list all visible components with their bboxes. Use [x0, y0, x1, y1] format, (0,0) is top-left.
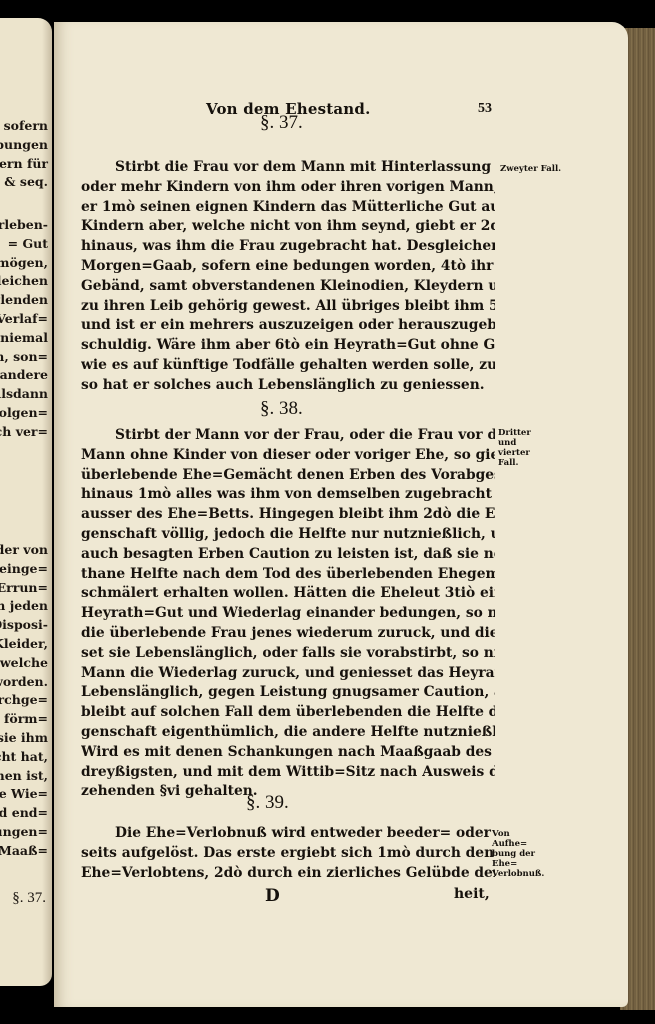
text-line: Lebenslänglich, gegen Leistung gnugsamer…: [81, 683, 495, 703]
section-heading-38: §. 38.: [260, 398, 303, 420]
left-page-fragments-1: , sofern bungen ern für . & seq.: [0, 117, 48, 192]
marginal-note-39: Von Aufhe= bung der Ehe= Verlobnuß.: [492, 829, 546, 879]
text-line: er 1mò seinen eignen Kindern das Mütterl…: [81, 198, 495, 218]
text-line: überlebende Ehe=Gemächt denen Erben des …: [81, 466, 495, 486]
left-fragment: Maaß=: [0, 842, 48, 861]
text-line: thane Helfte nach dem Tod des überlebend…: [81, 565, 495, 585]
left-fragment: nn förm=: [0, 710, 48, 729]
text-line: Ehe=Verlobtens, 2dò durch ein zierliches…: [81, 864, 495, 884]
text-line: und ist er ein mehrers auszuzeigen oder …: [81, 316, 495, 336]
left-page-catchword: §. 37.: [12, 890, 46, 907]
text-line: dreyßigsten, und mit dem Wittib=Sitz nac…: [81, 763, 495, 783]
left-fragment: sehen ist,: [0, 767, 48, 786]
left-fragment: . & seq.: [0, 173, 48, 192]
text-line: Kindern aber, welche nicht von ihm seynd…: [81, 217, 495, 237]
left-fragment: und end=: [0, 804, 48, 823]
left-fragment: acht hat,: [0, 748, 48, 767]
page-number: 53: [478, 101, 492, 117]
left-fragment: die Wie=: [0, 785, 48, 804]
text-line: Heyrath=Gut und Wiederlag einander bedun…: [81, 604, 495, 624]
section-heading-39: §. 39.: [246, 792, 289, 814]
left-fragment: glenden: [0, 291, 48, 310]
text-line: die überlebende Frau jenes wiederum zuru…: [81, 624, 495, 644]
catchword: heit,: [454, 886, 490, 902]
section-heading-37: §. 37.: [260, 112, 303, 134]
text-line: auch besagten Erben Caution zu leisten i…: [81, 545, 495, 565]
text-line: hinaus, was ihm die Frau zugebracht hat.…: [81, 237, 495, 257]
left-fragment: lich ver=: [0, 423, 48, 442]
text-line: Mann die Wiederlag zuruck, und geniesset…: [81, 664, 495, 684]
left-fragment: Kleider,: [0, 635, 48, 654]
marginal-note-37: Zweyter Fall.: [500, 164, 561, 174]
left-fragment: gleichen: [0, 272, 48, 291]
text-line: Morgen=Gaab, sofern eine bedungen worden…: [81, 257, 495, 277]
left-fragment: erleben-: [0, 216, 48, 235]
left-fragment: Verlaf=: [0, 310, 48, 329]
text-line: set sie Lebenslänglich, oder falls sie v…: [81, 644, 495, 664]
left-fragment: = Gut: [0, 235, 48, 254]
text-line: Gebänd, samt obverstandenen Kleinodien, …: [81, 277, 495, 297]
left-fragment: durchge=: [0, 691, 48, 710]
text-line: Wird es mit denen Schankungen nach Maaßg…: [81, 743, 495, 763]
marginal-note-38: Dritter und vierter Fall.: [498, 428, 548, 468]
text-line: seits aufgelöst. Das erste ergiebt sich …: [81, 844, 495, 864]
left-page: , sofern bungen ern für . & seq. erleben…: [0, 18, 52, 986]
left-fragment: worden.: [0, 673, 48, 692]
left-fragment: em jeden: [0, 597, 48, 616]
text-line: hinaus 1mò alles was ihm von demselben z…: [81, 485, 495, 505]
section-38-text: Stirbt der Mann vor der Frau, oder die F…: [81, 426, 495, 802]
text-line: wie es auf künftige Todfälle gehalten we…: [81, 356, 495, 376]
left-fragment: , welche: [0, 654, 48, 673]
text-line: genschaft völlig, jedoch die Helfte nur …: [81, 525, 495, 545]
left-fragment: r einge=: [0, 560, 48, 579]
text-line: bleibt auf solchen Fall dem überlebenden…: [81, 703, 495, 723]
left-fragment: niemal: [0, 329, 48, 348]
left-page-fragments-2: erleben- = Gut mögen, gleichen glenden V…: [0, 216, 48, 442]
text-line: schmälert erhalten wollen. Hätten die Eh…: [81, 584, 495, 604]
left-fragment: der von: [0, 541, 48, 560]
text-line: Die Ehe=Verlobnuß wird entweder beeder= …: [81, 824, 495, 844]
left-fragment: mögen,: [0, 254, 48, 273]
text-line: schuldig. Wäre ihm aber 6tò ein Heyrath=…: [81, 336, 495, 356]
left-fragment: n sie ihm: [0, 729, 48, 748]
left-fragment: , sofern: [0, 117, 48, 136]
left-fragment: Errun=: [0, 579, 48, 598]
section-37-text: Stirbt die Frau vor dem Mann mit Hinterl…: [81, 158, 495, 396]
left-fragment: ern für: [0, 155, 48, 174]
left-fragment: bungen: [0, 136, 48, 155]
left-fragment: rrungen=: [0, 823, 48, 842]
text-line: ausser des Ehe=Betts. Hingegen bleibt ih…: [81, 505, 495, 525]
text-line: genschaft eigenthümlich, die andere Helf…: [81, 723, 495, 743]
text-line: Stirbt der Mann vor der Frau, oder die F…: [81, 426, 495, 446]
text-line: so hat er solches auch Lebenslänglich zu…: [81, 376, 495, 396]
text-line: Stirbt die Frau vor dem Mann mit Hinterl…: [81, 158, 495, 178]
text-line: zu ihren Leib gehörig gewest. All übrige…: [81, 297, 495, 317]
signature-mark: D: [265, 886, 280, 906]
left-fragment: alsdann: [0, 385, 48, 404]
left-fragment: ben, son=: [0, 348, 48, 367]
left-fragment: folgen=: [0, 404, 48, 423]
text-line: Mann ohne Kinder von dieser oder voriger…: [81, 446, 495, 466]
text-line: oder mehr Kindern von ihm oder ihren vor…: [81, 178, 495, 198]
left-fragment: Disposi-: [0, 616, 48, 635]
left-fragment: andere: [0, 366, 48, 385]
left-page-fragments-3: der von r einge= Errun= em jeden Disposi…: [0, 541, 48, 861]
section-39-text: Die Ehe=Verlobnuß wird entweder beeder= …: [81, 824, 495, 883]
